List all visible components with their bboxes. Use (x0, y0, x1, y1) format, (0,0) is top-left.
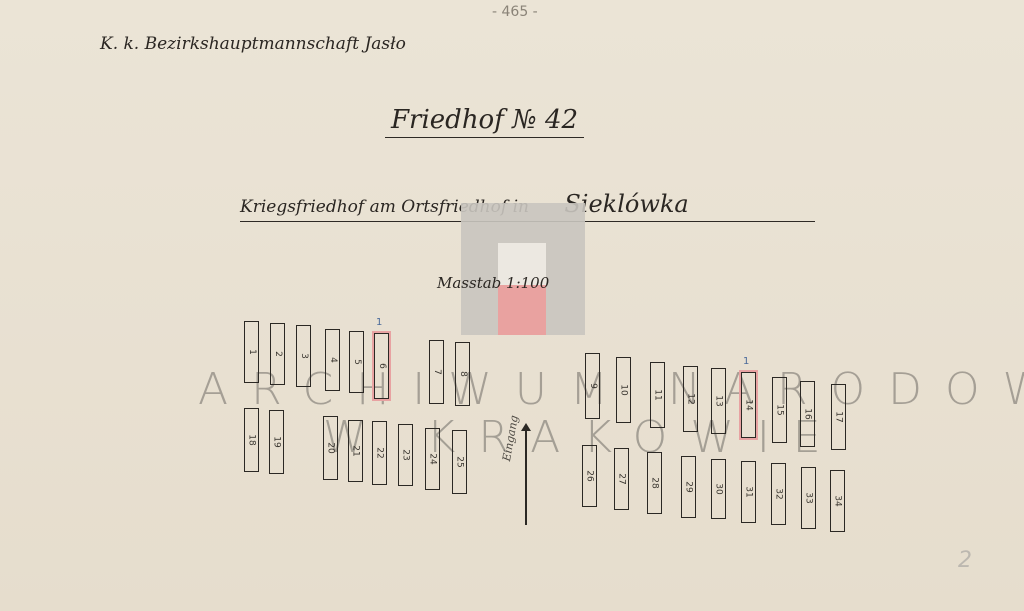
grave-number: 28 (649, 477, 659, 488)
grave-15: 15 (772, 377, 787, 443)
scale-label: Masstab 1:100 (437, 274, 549, 292)
grave-number: 17 (833, 411, 843, 422)
grave-number: 29 (683, 481, 693, 492)
grave-number: 26 (584, 470, 594, 481)
grave-number: 6 (376, 363, 386, 369)
grave-33: 33 (801, 467, 816, 529)
grave-number: 25 (454, 456, 464, 467)
grave-23: 23 (398, 424, 413, 486)
grave-number: 34 (832, 495, 842, 506)
grave-number: 19 (271, 436, 281, 447)
grave-number: 33 (803, 492, 813, 503)
grave-annotation: 1 (376, 317, 382, 328)
grave-number: 3 (298, 353, 308, 359)
grave-7: 7 (429, 340, 444, 404)
grave-27: 27 (614, 448, 629, 510)
grave-21: 21 (348, 420, 363, 482)
grave-number: 9 (587, 383, 597, 389)
grave-number: 8 (457, 371, 467, 377)
grave-number: 14 (743, 399, 753, 410)
grave-number: 13 (713, 395, 723, 406)
grave-number: 30 (713, 483, 723, 494)
grave-4: 4 (325, 329, 340, 391)
grave-3: 3 (296, 325, 311, 387)
grave-1: 1 (244, 321, 259, 383)
grave-number: 11 (652, 389, 662, 400)
grave-number: 21 (350, 445, 360, 456)
grave-10: 10 (616, 357, 631, 423)
grave-number: 15 (774, 404, 784, 415)
grave-number: 24 (427, 453, 437, 464)
grave-number: 5 (351, 359, 361, 365)
grave-number: 27 (616, 473, 626, 484)
grave-number: 23 (400, 449, 410, 460)
grave-9: 9 (585, 353, 600, 419)
grave-34: 34 (830, 470, 845, 532)
grave-28: 28 (647, 452, 662, 514)
grave-number: 20 (325, 442, 335, 453)
grave-number: 1 (246, 349, 256, 355)
grave-30: 30 (711, 459, 726, 519)
grave-22: 22 (372, 421, 387, 485)
grave-2: 2 (270, 323, 285, 385)
grave-number: 4 (327, 357, 337, 363)
grave-number: 7 (431, 369, 441, 375)
grave-number: 31 (743, 486, 753, 497)
authority-heading: K. k. Bezirkshauptmannschaft Jasło (100, 34, 406, 54)
grave-19: 19 (269, 410, 284, 474)
grave-14: 14 (741, 372, 756, 438)
grave-20: 20 (323, 416, 338, 480)
grave-18: 18 (244, 408, 259, 472)
grave-annotation: 1 (743, 356, 749, 367)
grave-5: 5 (349, 331, 364, 393)
grave-25: 25 (452, 430, 467, 494)
folio-mark: 2 (958, 548, 972, 573)
grave-number: 32 (773, 488, 783, 499)
grave-8: 8 (455, 342, 470, 406)
page-number: - 465 - (492, 4, 538, 20)
grave-6: 6 (374, 333, 389, 399)
calibration-pink-square (498, 285, 546, 335)
grave-24: 24 (425, 428, 440, 490)
grave-12: 12 (683, 366, 698, 432)
grave-31: 31 (741, 461, 756, 523)
grave-number: 16 (802, 408, 812, 419)
grave-26: 26 (582, 445, 597, 507)
grave-number: 12 (685, 393, 695, 404)
watermark-line-1: ARCHIWUM NARODOWE (198, 364, 1024, 415)
grave-13: 13 (711, 368, 726, 434)
grave-16: 16 (800, 381, 815, 447)
grave-32: 32 (771, 463, 786, 525)
cemetery-title: Friedhof № 42 (385, 105, 584, 138)
grave-29: 29 (681, 456, 696, 518)
grave-number: 22 (374, 447, 384, 458)
document-page: - 465 - K. k. Bezirkshauptmannschaft Jas… (0, 0, 1024, 611)
grave-number: 18 (246, 434, 256, 445)
grave-17: 17 (831, 384, 846, 450)
grave-number: 2 (272, 351, 282, 357)
grave-11: 11 (650, 362, 665, 428)
grave-number: 10 (618, 384, 628, 395)
